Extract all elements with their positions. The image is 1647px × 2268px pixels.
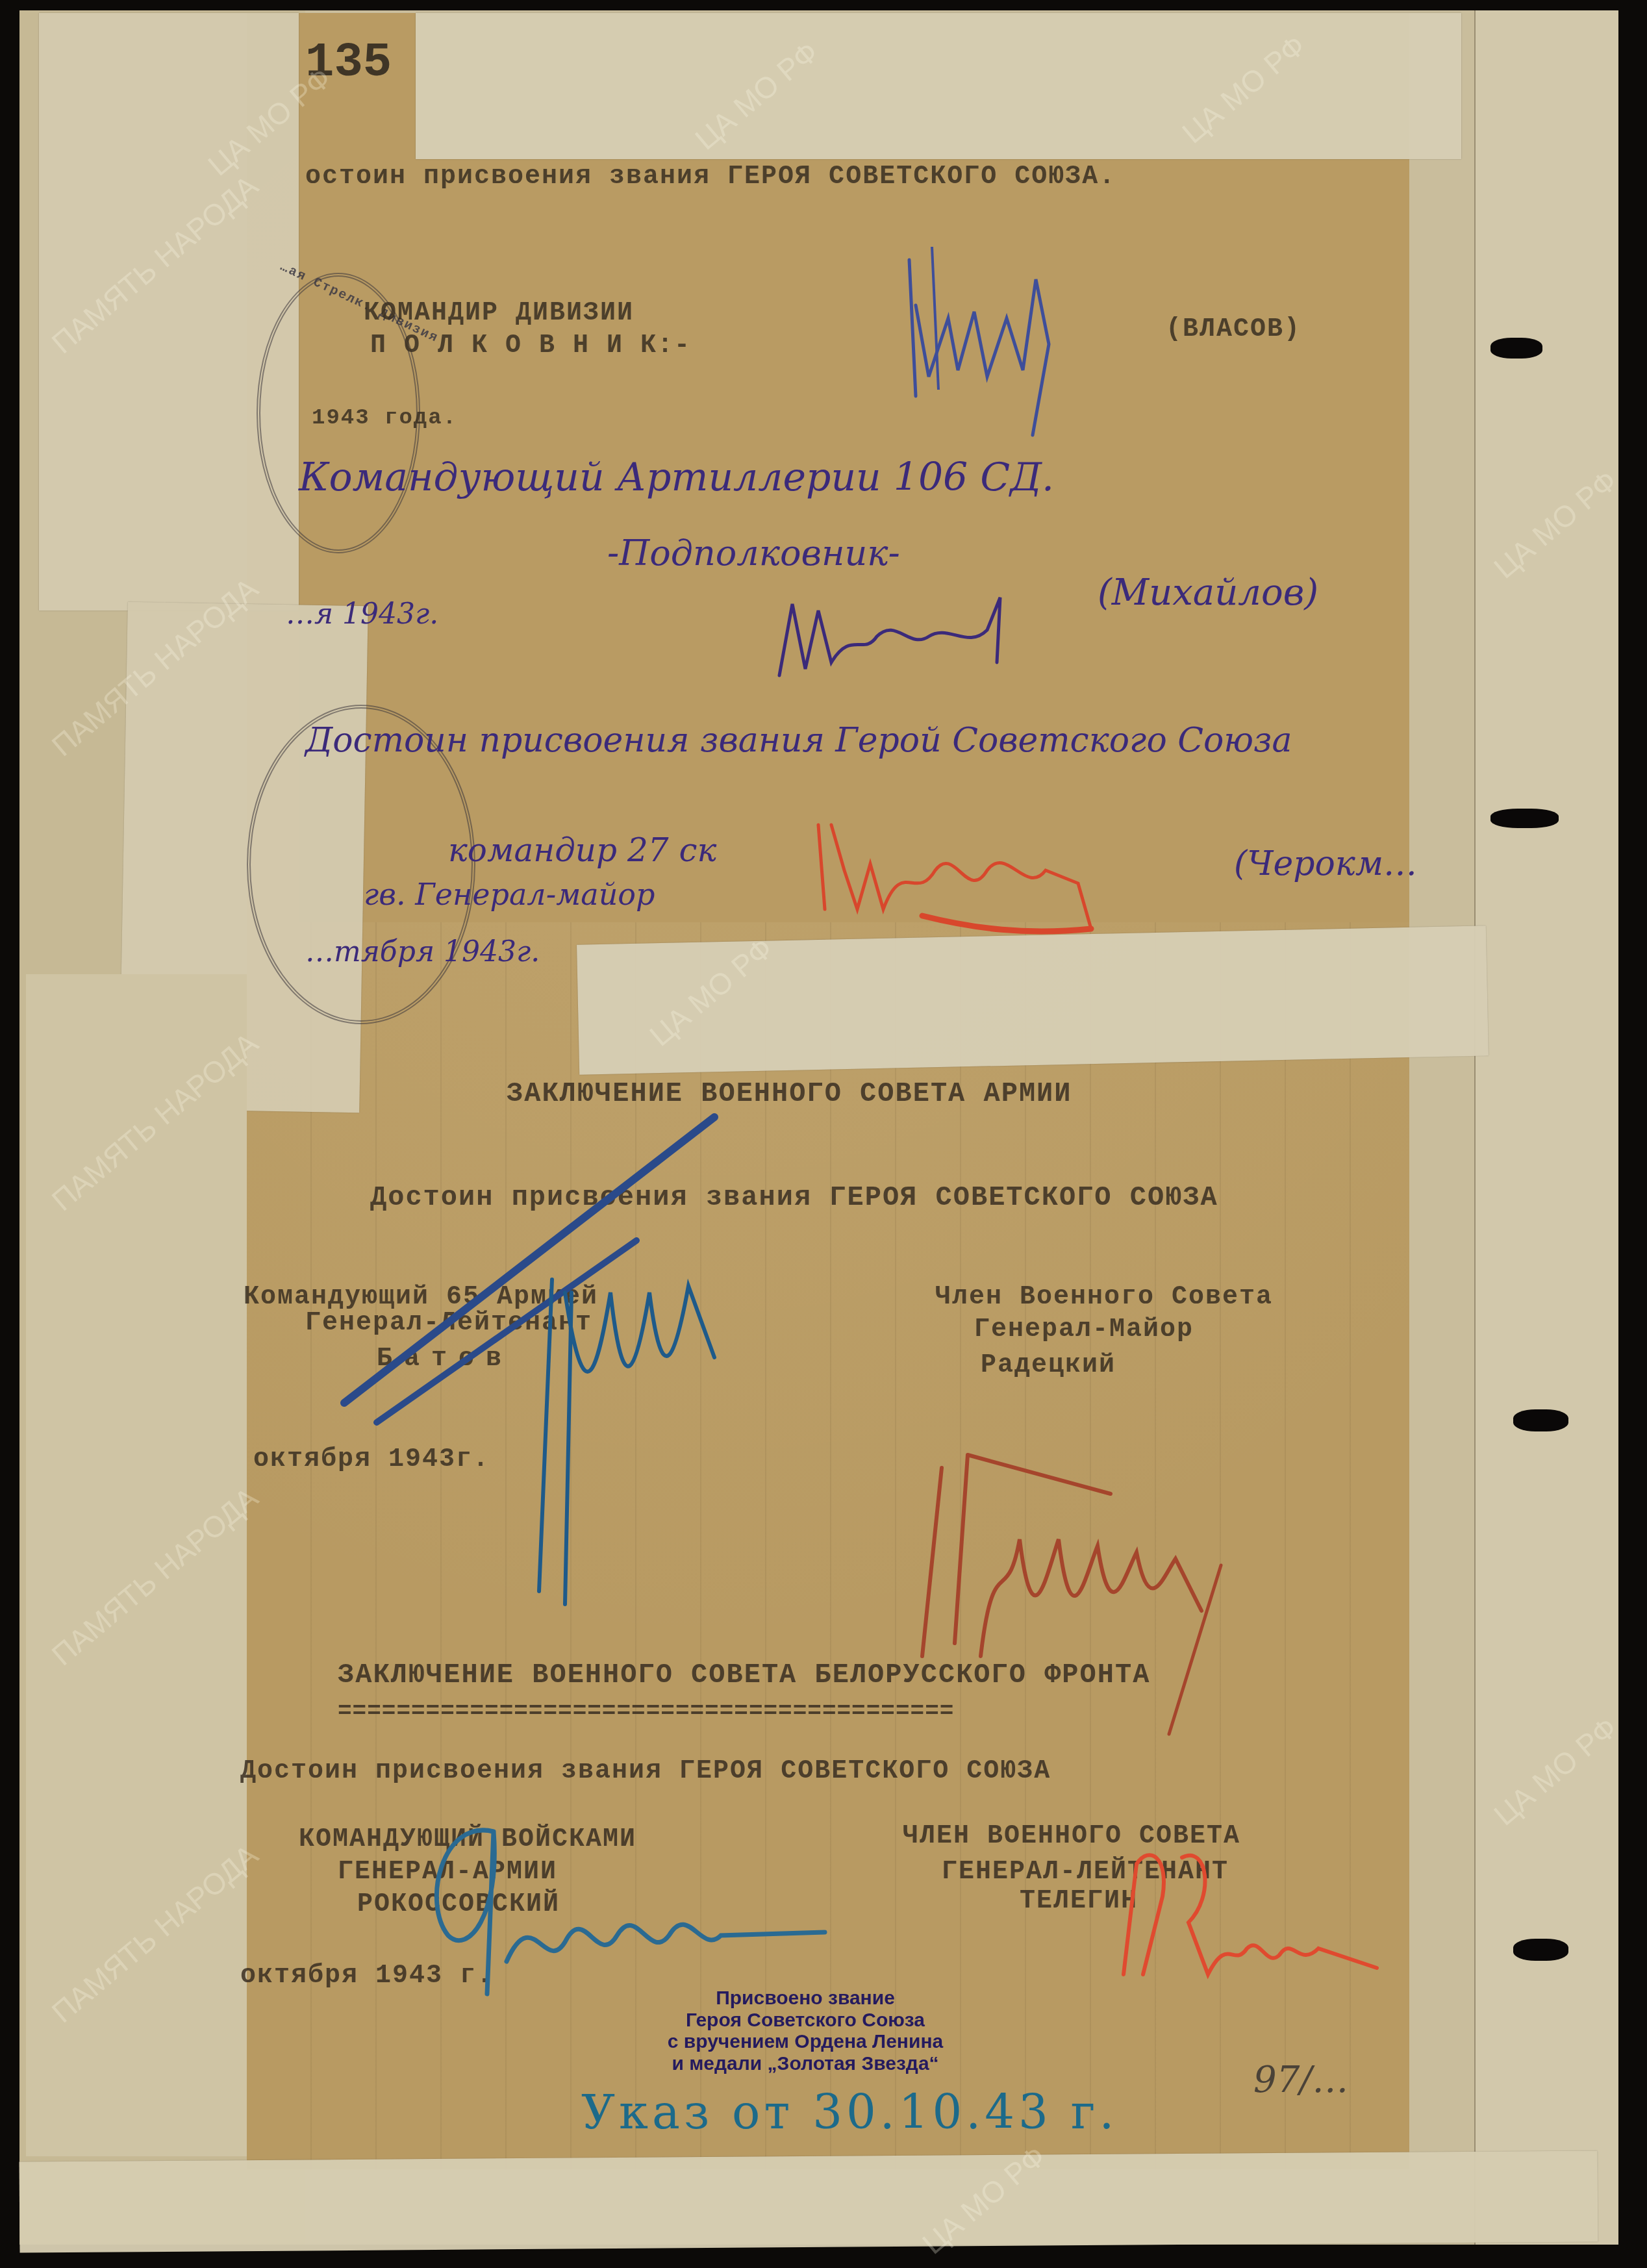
award-stamp-line4: и медали „Золотая Звезда“ <box>623 2053 987 2075</box>
section3-heading: Достоин присвоения звания Герой Советско… <box>305 721 1292 760</box>
award-stamp-line1: Присвоено звание <box>623 1987 987 2010</box>
backing-left-strip <box>26 974 247 2156</box>
award-stamp: Присвоено звание Героя Советского Союза … <box>623 1987 987 2074</box>
signature-cherokmanov <box>805 812 1221 942</box>
signature-telegin <box>1104 1819 1416 2013</box>
section2-date: …я 1943г. <box>286 598 438 631</box>
paper-tape-left-top <box>39 13 299 611</box>
section5-heading: ЗАКЛЮЧЕНИЕ ВОЕННОГО СОВЕТА БЕЛОРУССКОГО … <box>338 1659 1150 1691</box>
section5-verdict: Достоин присвоения звания ГЕРОЯ СОВЕТСКО… <box>240 1757 1051 1786</box>
award-stamp-line3: с вручением Ордена Ленина <box>623 2031 987 2053</box>
signature-rokossovsky <box>357 1806 864 2000</box>
section1-signatory-rank: П О Л К О В Н И К:- <box>370 331 691 360</box>
section1-signatory-title: КОМАНДИР ДИВИЗИИ <box>364 299 634 328</box>
section2-position: Командующий Артиллерии 106 СД. <box>299 455 1054 500</box>
signature-mikhailov <box>773 585 1111 688</box>
binding-hole-icon <box>1513 1409 1568 1431</box>
binding-hole-icon <box>1490 809 1559 828</box>
section3-rank: гв. Генерал-майор <box>364 877 655 912</box>
section2-rank: -Подполковник- <box>607 533 900 573</box>
archive-number: 97/… <box>1253 2059 1348 2101</box>
binding-hole-icon <box>1490 338 1542 359</box>
section3-signature-name: (Черокм… <box>1234 844 1417 883</box>
signature-radetsky <box>896 1383 1312 1747</box>
section1-heading: остоин присвоения звания ГЕРОЯ СОВЕТСКОГ… <box>305 162 1116 192</box>
section4-right-name: Радецкий <box>981 1351 1116 1380</box>
paper-tape-bottom <box>19 2151 1598 2253</box>
signature-vlasov <box>896 240 1195 448</box>
award-stamp-line2: Героя Советского Союза <box>623 2010 987 2032</box>
signature-batov <box>325 1098 727 1617</box>
section2-signature-name: (Михайлов) <box>1098 572 1318 614</box>
section4-right-rank: Генерал-Майор <box>974 1315 1194 1344</box>
decree-note: Указ от 30.10.43 г. <box>581 2085 1118 2139</box>
section3-position: командир 27 ск <box>448 831 716 869</box>
sheet-number: 135 <box>305 36 392 90</box>
section3-date: …тября 1943г. <box>305 935 540 968</box>
binding-hole-icon <box>1513 1939 1568 1961</box>
paper-tape-middle <box>577 926 1489 1074</box>
section4-right-title: Член Военного Совета <box>935 1283 1273 1312</box>
paper-tape-top <box>416 13 1461 159</box>
section1-date: 1943 года. <box>312 406 457 431</box>
section5-divider: ========================================… <box>338 1698 954 1725</box>
